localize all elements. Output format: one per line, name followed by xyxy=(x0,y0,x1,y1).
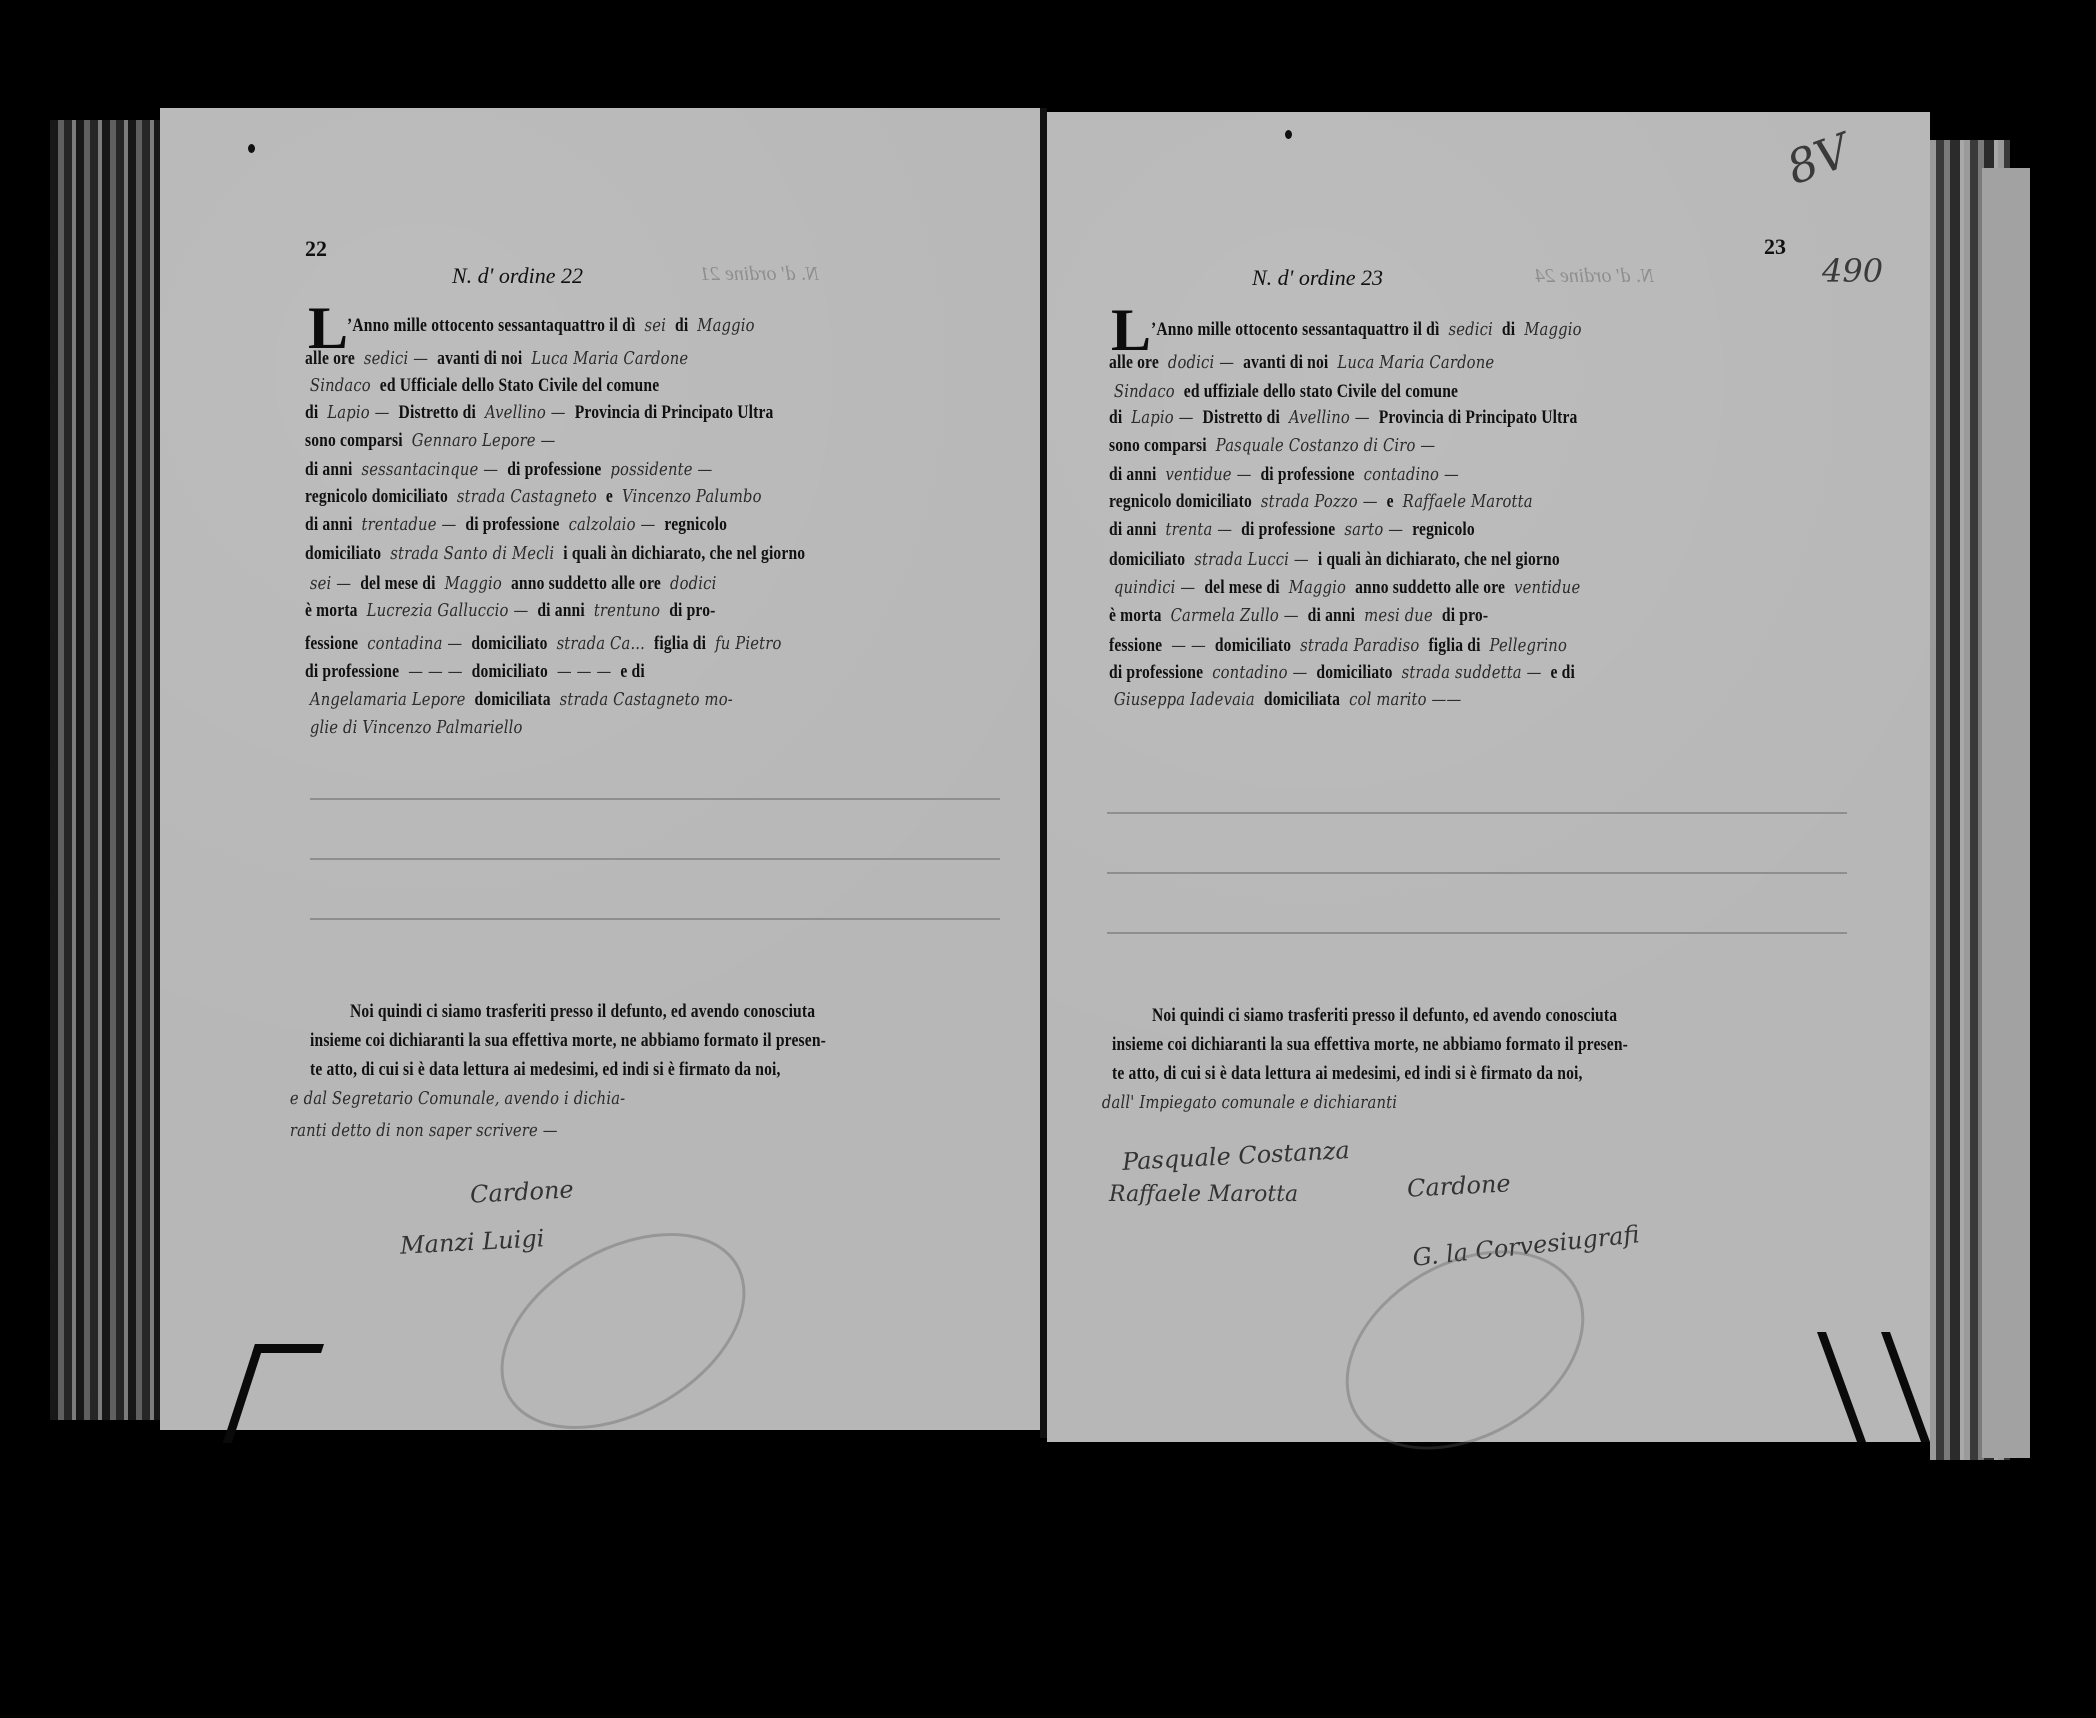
printed-text: domiciliato xyxy=(305,543,381,564)
handwritten-entry: Angelamaria Lepore xyxy=(310,689,466,710)
handwritten-entry: — — — xyxy=(557,661,611,682)
handwritten-entry: strada Lucci — xyxy=(1194,549,1309,570)
printed-text: di pro- xyxy=(1442,605,1488,626)
printed-text: di anni xyxy=(305,514,352,535)
printed-line: Noi quindi ci siamo trasferiti presso il… xyxy=(350,1001,815,1022)
book-page-edges-left xyxy=(50,120,160,1420)
handwritten-entry: contadina — xyxy=(367,633,462,654)
signature-secretary: Manzi Luigi xyxy=(399,1224,545,1260)
handwritten-entry: strada Pozzo — xyxy=(1261,491,1378,512)
printed-text: domiciliato xyxy=(1109,549,1185,570)
record-line: fessione — — domiciliato strada Paradiso… xyxy=(1109,635,1572,657)
handwritten-entry: strada Castagneto mo- xyxy=(560,689,733,710)
handwritten-entry: ventidue — xyxy=(1165,464,1251,485)
faint-ruled-line xyxy=(1107,872,1847,874)
printed-text: e xyxy=(1387,491,1394,512)
handwritten-entry: quindici — xyxy=(1114,577,1195,598)
handwritten-line: dall' Impiegato comunale e dichiaranti xyxy=(1102,1092,1397,1113)
printed-text: e xyxy=(606,486,613,507)
faint-ruled-line xyxy=(310,918,1000,920)
handwritten-row: dall' Impiegato comunale e dichiaranti xyxy=(1097,1092,1402,1114)
faint-ruled-line xyxy=(310,798,1000,800)
record-line: Sindaco ed Ufficiale dello Stato Civile … xyxy=(305,375,659,397)
faint-ruled-line xyxy=(310,858,1000,860)
record-line: ’Anno mille ottocento sessantaquattro il… xyxy=(347,315,760,337)
loose-leaf-edge xyxy=(1982,168,2030,1458)
printed-text: e di xyxy=(620,661,644,682)
signature-mayor: Cardone xyxy=(1406,1169,1511,1202)
record-line: di anni trenta — di professione sarto — … xyxy=(1109,519,1475,541)
signature-witness-1: Pasquale Costanza xyxy=(1121,1136,1350,1176)
handwritten-entry: contadino — xyxy=(1364,464,1459,485)
page-number: 22 xyxy=(305,236,327,262)
handwritten-entry: glie di Vincenzo Palmariello xyxy=(310,717,523,738)
bleed-through-ordine: N. d' ordine 21 xyxy=(700,263,819,286)
left-page: 22 N. d' ordine 22 N. d' ordine 21 L ’An… xyxy=(160,108,1040,1430)
printed-text: ed uffiziale dello stato Civile del comu… xyxy=(1184,381,1458,402)
record-line: sono comparsi Gennaro Lepore — xyxy=(305,430,560,452)
handwritten-entry: sessantacinque — xyxy=(361,459,498,480)
record-line: di Lapio — Distretto di Avellino — Provi… xyxy=(305,402,773,424)
printed-text: di anni xyxy=(537,600,584,621)
record-line: di anni ventidue — di professione contad… xyxy=(1109,464,1464,486)
handwritten-entry: — — xyxy=(1171,635,1206,656)
printed-text: di professione xyxy=(1109,662,1203,683)
handwritten-row: ranti detto di non saper scrivere — xyxy=(285,1120,563,1142)
handwritten-line: e dal Segretario Comunale, avendo i dich… xyxy=(290,1088,625,1109)
ordine-label: N. d' ordine 22 xyxy=(452,263,583,289)
handwritten-entry: Pasquale Costanzo di Ciro — xyxy=(1216,435,1436,456)
ink-spot xyxy=(248,144,255,153)
printed-text: di professione xyxy=(465,514,559,535)
printed-text: regnicolo domiciliato xyxy=(305,486,448,507)
handwritten-entry: sarto — xyxy=(1344,519,1403,540)
printed-text: di anni xyxy=(1109,519,1156,540)
handwritten-entry: Avellino — xyxy=(1289,407,1370,428)
printed-text: di anni xyxy=(1109,464,1156,485)
handwritten-entry: Maggio xyxy=(445,573,502,594)
handwritten-entry: sedici — xyxy=(364,348,428,369)
printed-text: di xyxy=(305,402,318,423)
handwritten-entry: dodici — xyxy=(1168,352,1234,373)
printed-row: te atto, di cui si è data lettura ai med… xyxy=(310,1059,781,1081)
printed-text: del mese di xyxy=(1204,577,1279,598)
printed-text: alle ore xyxy=(305,348,355,369)
handwritten-entry: Raffaele Marotta xyxy=(1403,491,1533,512)
printed-text: avanti di noi xyxy=(1243,352,1328,373)
handwritten-entry: trenta — xyxy=(1165,519,1232,540)
printed-text: di professione xyxy=(507,459,601,480)
printed-text: del mese di xyxy=(360,573,435,594)
drop-cap: L xyxy=(1111,300,1151,360)
handwritten-row: e dal Segretario Comunale, avendo i dich… xyxy=(285,1088,630,1110)
handwritten-entry: strada Santo di Mecli xyxy=(390,543,554,564)
handwritten-entry: ventidue xyxy=(1514,577,1580,598)
record-line: domiciliato strada Santo di Mecli i qual… xyxy=(305,543,805,565)
handwritten-entry: contadino — xyxy=(1212,662,1307,683)
handwritten-entry: Vincenzo Palumbo xyxy=(622,486,762,507)
handwritten-entry: strada Castagneto xyxy=(457,486,597,507)
record-line: regnicolo domiciliato strada Pozzo — e R… xyxy=(1109,491,1538,513)
ink-spot xyxy=(1285,130,1292,139)
printed-text: di xyxy=(675,315,688,336)
printed-line: te atto, di cui si è data lettura ai med… xyxy=(1112,1063,1583,1084)
printed-line: insieme coi dichiaranti la sua effettiva… xyxy=(1112,1034,1628,1055)
printed-text: figlia di xyxy=(1428,635,1480,656)
signature-mayor: Cardone xyxy=(469,1175,574,1208)
printed-text: è morta xyxy=(1109,605,1162,626)
printed-row: te atto, di cui si è data lettura ai med… xyxy=(1112,1063,1583,1085)
record-line: Giuseppa Iadevaia domiciliata col marito… xyxy=(1109,689,1466,711)
record-line: sono comparsi Pasquale Costanzo di Ciro … xyxy=(1109,435,1440,457)
printed-text: sono comparsi xyxy=(1109,435,1207,456)
handwritten-entry: Lucrezia Galluccio — xyxy=(367,600,529,621)
printed-text: figlia di xyxy=(654,633,706,654)
ordine-label: N. d' ordine 23 xyxy=(1252,265,1383,291)
page-number: 23 xyxy=(1764,234,1786,260)
printed-text: ed Ufficiale dello Stato Civile del comu… xyxy=(380,375,660,396)
page-clip xyxy=(223,1344,324,1443)
printed-row: Noi quindi ci siamo trasferiti presso il… xyxy=(350,1001,815,1023)
handwritten-entry: Pellegrino xyxy=(1490,635,1567,656)
handwritten-entry: Maggio xyxy=(1524,319,1581,340)
printed-text: regnicolo xyxy=(664,514,727,535)
record-line: di professione contadino — domiciliato s… xyxy=(1109,662,1575,684)
record-line: glie di Vincenzo Palmariello xyxy=(305,717,528,739)
printed-text: domiciliato xyxy=(1215,635,1291,656)
record-line: è morta Lucrezia Galluccio — di anni tre… xyxy=(305,600,716,622)
handwritten-line: ranti detto di non saper scrivere — xyxy=(290,1120,558,1141)
record-line: è morta Carmela Zullo — di anni mesi due… xyxy=(1109,605,1488,627)
handwritten-entry: mesi due xyxy=(1364,605,1433,626)
printed-line: Noi quindi ci siamo trasferiti presso il… xyxy=(1152,1005,1617,1026)
printed-text: di professione xyxy=(305,661,399,682)
book-gutter xyxy=(1040,108,1047,1438)
printed-text: Distretto di xyxy=(1203,407,1280,428)
printed-text: domiciliato xyxy=(471,633,547,654)
handwritten-entry: Gennaro Lepore — xyxy=(412,430,556,451)
handwritten-entry: sei xyxy=(644,315,666,336)
record-line: regnicolo domiciliato strada Castagneto … xyxy=(305,486,767,508)
printed-text: di xyxy=(1502,319,1515,340)
record-line: di anni sessantacinque — di professione … xyxy=(305,459,717,481)
printed-text: alle ore xyxy=(1109,352,1159,373)
faint-ruled-line xyxy=(1107,932,1847,934)
handwritten-entry: trentadue — xyxy=(361,514,456,535)
handwritten-entry: possidente — xyxy=(610,459,712,480)
handwritten-entry: Giuseppa Iadevaia xyxy=(1114,689,1255,710)
printed-text: anno suddetto alle ore xyxy=(1355,577,1505,598)
handwritten-entry: Avellino — xyxy=(485,402,566,423)
printed-row: insieme coi dichiaranti la sua effettiva… xyxy=(310,1030,826,1052)
handwritten-entry: Lapio — xyxy=(327,402,389,423)
corner-annotation-side: 490 xyxy=(1822,252,1883,290)
record-line: di Lapio — Distretto di Avellino — Provi… xyxy=(1109,407,1577,429)
handwritten-entry: trentuno xyxy=(594,600,660,621)
printed-row: insieme coi dichiaranti la sua effettiva… xyxy=(1112,1034,1628,1056)
record-line: Sindaco ed uffiziale dello stato Civile … xyxy=(1109,381,1458,403)
printed-line: insieme coi dichiaranti la sua effettiva… xyxy=(310,1030,826,1051)
printed-text: fessione xyxy=(1109,635,1162,656)
handwritten-entry: calzolaio — xyxy=(569,514,656,535)
printed-text: Provincia di Principato Ultra xyxy=(1379,407,1578,428)
signature-witness-2: Raffaele Marotta xyxy=(1109,1182,1298,1207)
handwritten-entry: sei — xyxy=(310,573,351,594)
record-line: sei — del mese di Maggio anno suddetto a… xyxy=(305,573,721,595)
printed-text: domiciliato xyxy=(472,661,548,682)
handwritten-entry: dodici xyxy=(670,573,716,594)
printed-text: domiciliata xyxy=(474,689,550,710)
record-line: domiciliato strada Lucci — i quali àn di… xyxy=(1109,549,1560,571)
handwritten-entry: strada Ca... xyxy=(557,633,645,654)
record-line: alle ore dodici — avanti di noi Luca Mar… xyxy=(1109,352,1499,374)
printed-text: regnicolo domiciliato xyxy=(1109,491,1252,512)
handwritten-entry: strada Paradiso xyxy=(1300,635,1419,656)
record-line: di professione — — — domiciliato — — — e… xyxy=(305,661,645,683)
handwritten-entry: fu Pietro xyxy=(715,633,781,654)
record-line: Angelamaria Lepore domiciliata strada Ca… xyxy=(305,689,738,711)
faint-ruled-line xyxy=(1107,812,1847,814)
handwritten-entry: strada suddetta — xyxy=(1402,662,1542,683)
printed-text: e di xyxy=(1551,662,1575,683)
printed-text: è morta xyxy=(305,600,358,621)
printed-text: di pro- xyxy=(669,600,715,621)
corner-annotation-top: 8V xyxy=(1780,123,1857,195)
printed-text: fessione xyxy=(305,633,358,654)
handwritten-entry: Maggio xyxy=(697,315,754,336)
printed-text: avanti di noi xyxy=(437,348,522,369)
record-line: quindici — del mese di Maggio anno sudde… xyxy=(1109,577,1585,599)
printed-text: i quali àn dichiarato, che nel giorno xyxy=(563,543,805,564)
printed-text: di anni xyxy=(305,459,352,480)
printed-text: di xyxy=(1109,407,1122,428)
printed-text: regnicolo xyxy=(1412,519,1475,540)
handwritten-entry: sedici xyxy=(1448,319,1492,340)
handwritten-entry: — — — xyxy=(408,661,462,682)
printed-text: di professione xyxy=(1260,464,1354,485)
handwritten-entry: Luca Maria Cardone xyxy=(531,348,688,369)
printed-text: i quali àn dichiarato, che nel giorno xyxy=(1318,549,1560,570)
handwritten-entry: Luca Maria Cardone xyxy=(1337,352,1494,373)
handwritten-entry: Sindaco xyxy=(310,375,371,396)
bleed-through-ordine: N. d' ordine 24 xyxy=(1535,265,1654,288)
handwritten-entry: col marito —— xyxy=(1349,689,1461,710)
printed-text: sono comparsi xyxy=(305,430,403,451)
printed-text: anno suddetto alle ore xyxy=(511,573,661,594)
printed-text: di anni xyxy=(1308,605,1355,626)
right-page: 8V 490 23 N. d' ordine 23 N. d' ordine 2… xyxy=(1047,112,1930,1442)
printed-text: domiciliata xyxy=(1264,689,1340,710)
page-clip xyxy=(1817,1332,1930,1442)
handwritten-entry: Lapio — xyxy=(1131,407,1193,428)
printed-text: di professione xyxy=(1241,519,1335,540)
printed-text: ’Anno mille ottocento sessantaquattro il… xyxy=(347,315,636,336)
printed-text: Provincia di Principato Ultra xyxy=(575,402,774,423)
record-line: alle ore sedici — avanti di noi Luca Mar… xyxy=(305,348,693,370)
record-line: di anni trentadue — di professione calzo… xyxy=(305,514,727,536)
record-line: ’Anno mille ottocento sessantaquattro il… xyxy=(1151,319,1587,341)
printed-text: domiciliato xyxy=(1316,662,1392,683)
record-line: fessione contadina — domiciliato strada … xyxy=(305,633,786,655)
handwritten-entry: Sindaco xyxy=(1114,381,1175,402)
printed-row: Noi quindi ci siamo trasferiti presso il… xyxy=(1152,1005,1617,1027)
printed-text: Distretto di xyxy=(399,402,476,423)
printed-text: ’Anno mille ottocento sessantaquattro il… xyxy=(1151,319,1440,340)
handwritten-entry: Maggio xyxy=(1289,577,1346,598)
printed-line: te atto, di cui si è data lettura ai med… xyxy=(310,1059,781,1080)
handwritten-entry: Carmela Zullo — xyxy=(1171,605,1299,626)
